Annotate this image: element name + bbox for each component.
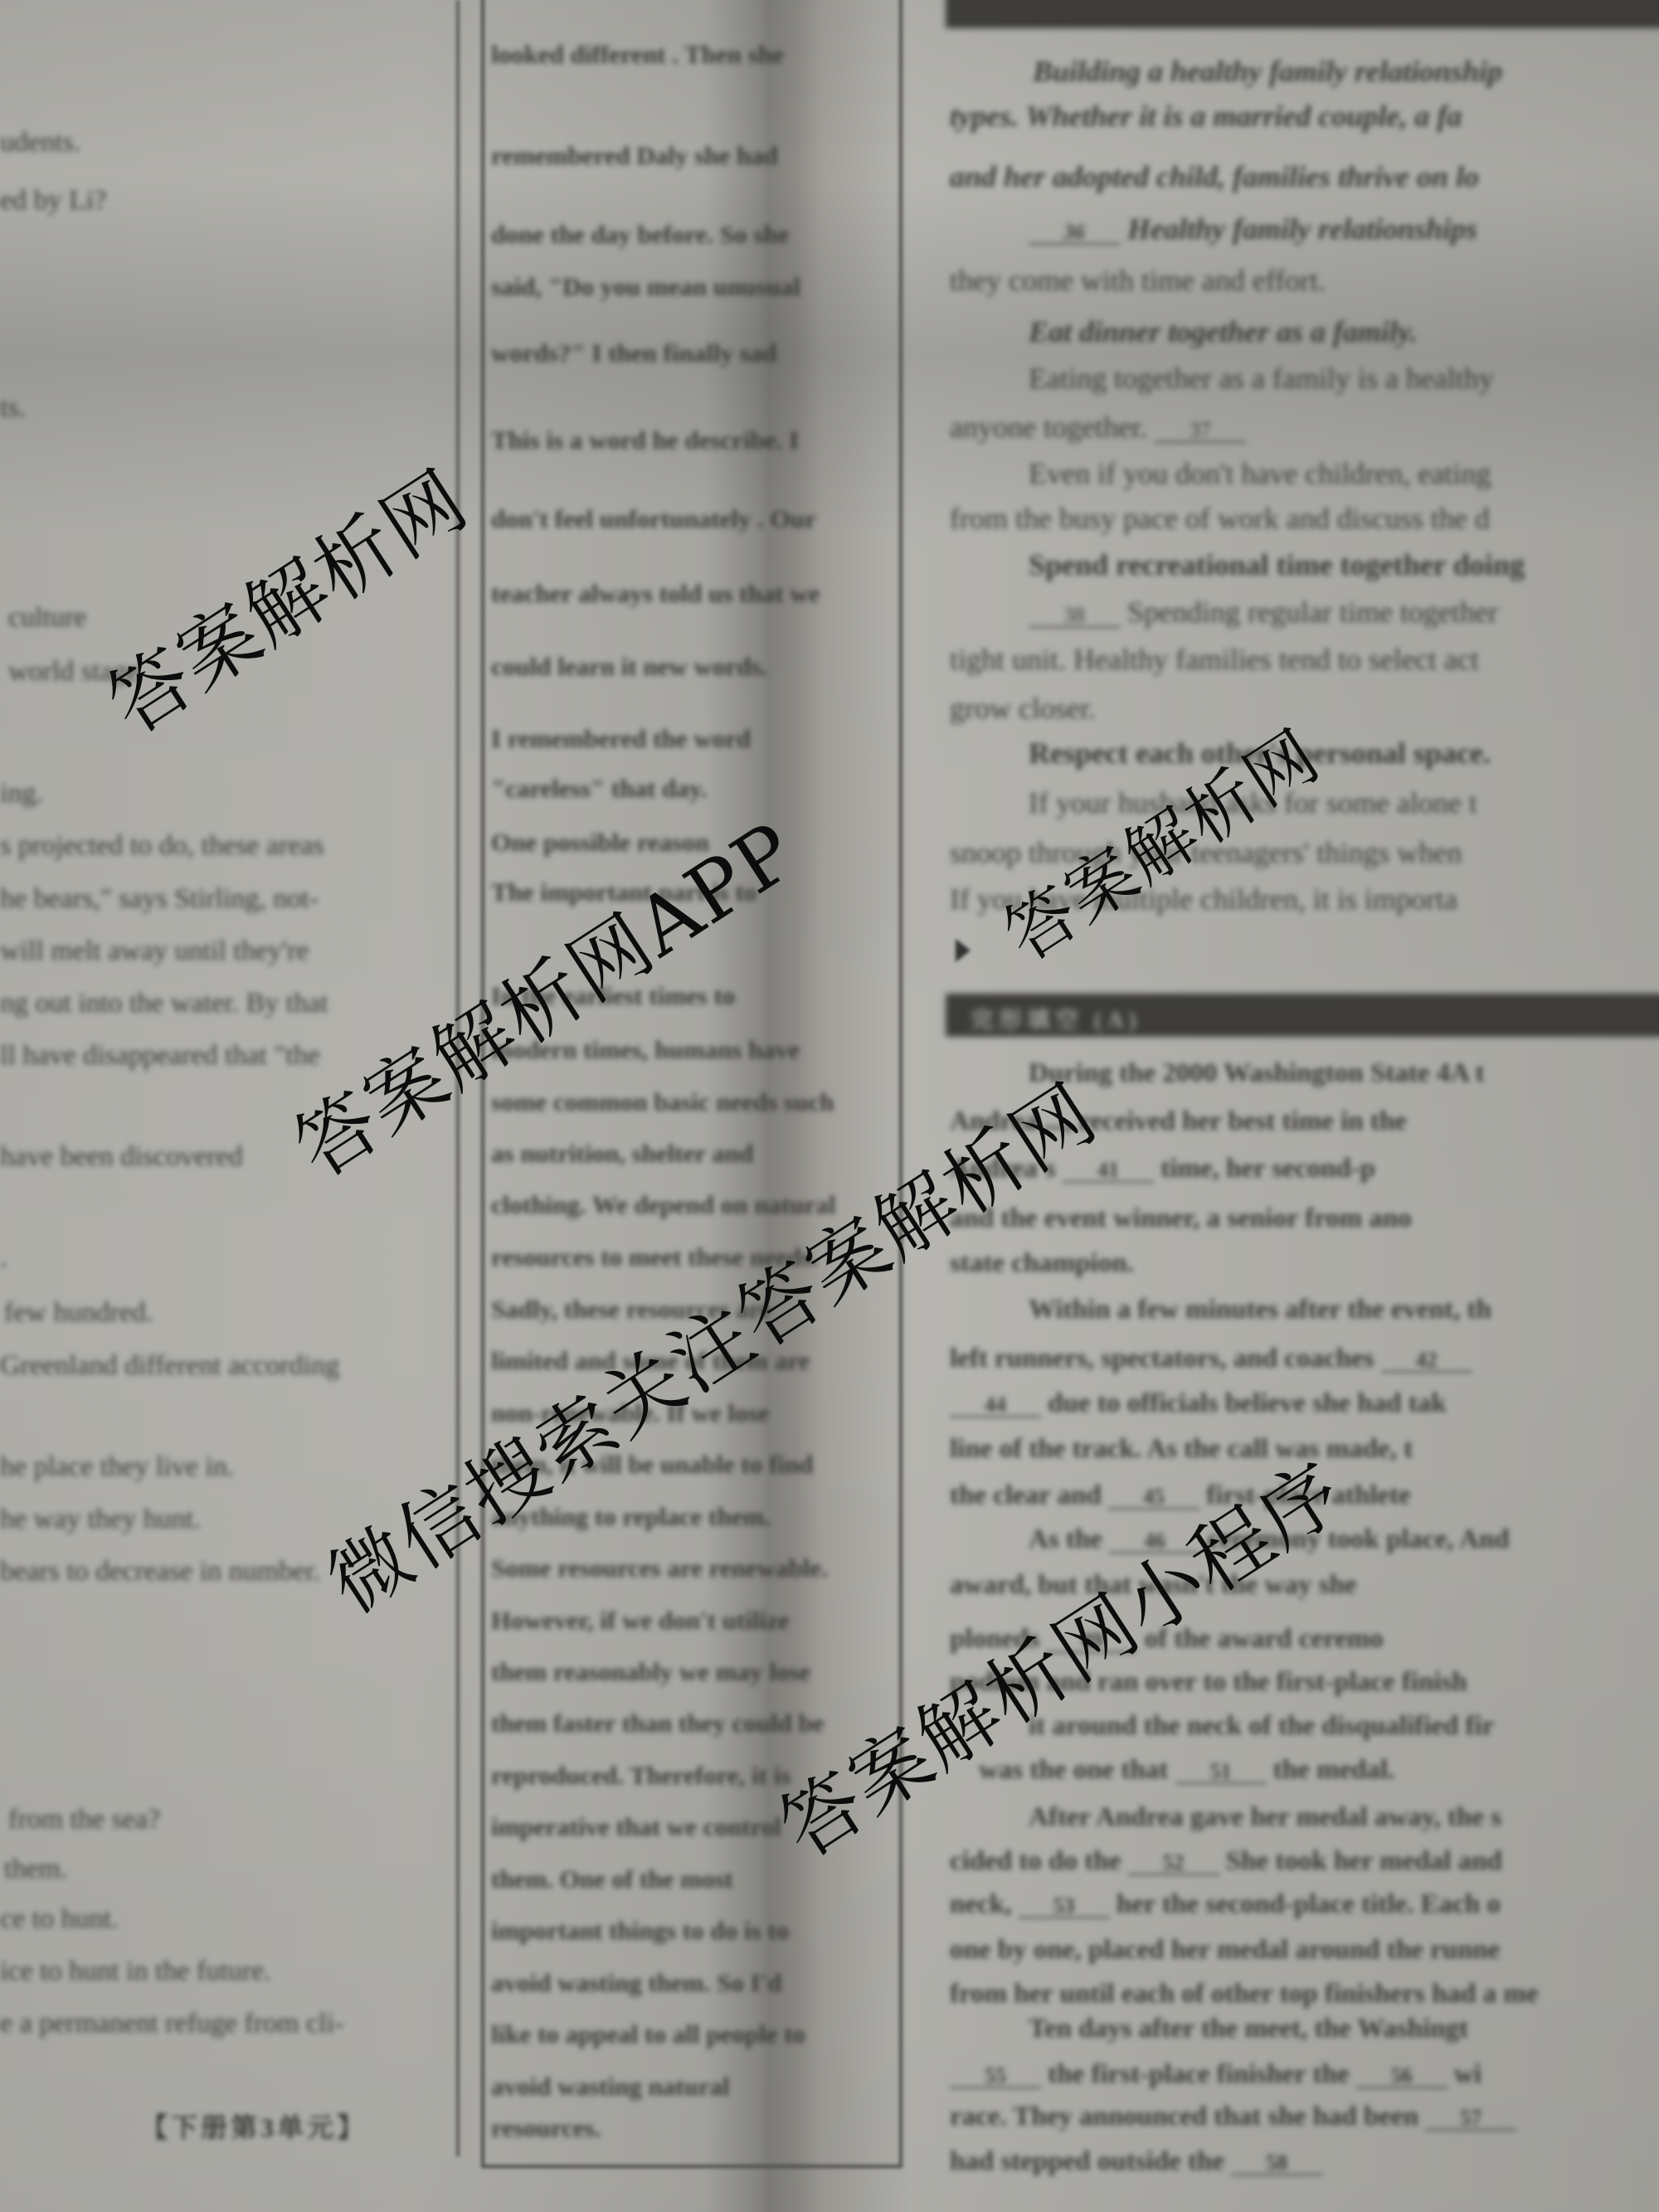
- text-line: resources.: [491, 2115, 601, 2141]
- text-line: don't feel unfortunately . Our: [491, 506, 816, 532]
- text-line: However, if we don't utilize: [491, 1607, 790, 1633]
- text-line: like to appeal to all people to: [491, 2021, 805, 2047]
- text-line: he place they live in.: [0, 1453, 234, 1481]
- text-line: culture: [8, 604, 86, 632]
- text-line: cided to do the 52 She took her medal an…: [950, 1848, 1502, 1875]
- text-line: line of the track. As the call was made,…: [950, 1436, 1413, 1463]
- text-line: from her until each of other top finishe…: [950, 1981, 1538, 2008]
- text-line: have been discovered: [0, 1143, 243, 1171]
- text-line: them. One of the most: [491, 1866, 733, 1892]
- text-line: state champion.: [950, 1250, 1134, 1277]
- page-footer: 【下册第3单元】: [141, 2107, 367, 2145]
- answer-blank[interactable]: 58: [1231, 2152, 1322, 2176]
- text-line: 44 due to officials believe she had tak: [950, 1390, 1447, 1417]
- text-line: race. They announced that she had been 5…: [950, 2103, 1516, 2131]
- text-line: as nutrition, shelter and: [491, 1140, 753, 1166]
- text-line: ing.: [0, 780, 43, 808]
- answer-blank[interactable]: 53: [1019, 1895, 1110, 1918]
- text-line: During the 2000 Washington State 4A t: [1029, 1060, 1484, 1087]
- text-line: "careless" that day.: [491, 775, 707, 801]
- text-line: 55 the first-place finisher the 56 wi: [950, 2061, 1481, 2088]
- text-line: he way they hunt.: [0, 1505, 201, 1534]
- text-line: ts.: [0, 394, 26, 422]
- text-line: he bears," says Stirling, not-: [0, 885, 319, 913]
- text-line: remembered Daly she had: [491, 143, 778, 168]
- text-line: them reasonably we may lose: [491, 1659, 810, 1685]
- text-line: I remembered the word: [491, 726, 751, 751]
- text-line: left runners, spectators, and coaches 42: [950, 1345, 1472, 1373]
- text-line: looked different . Then she: [491, 41, 784, 67]
- text-line: could learn it new words.: [491, 654, 767, 679]
- text-line: few hundred.: [4, 1299, 153, 1327]
- answer-blank[interactable]: 42: [1381, 1349, 1472, 1373]
- text-line: will melt away until they're: [0, 937, 309, 965]
- text-line: avoid wasting natural: [491, 2073, 730, 2099]
- text-line: ce to hunt.: [0, 1905, 119, 1933]
- answer-blank[interactable]: 51: [1175, 1761, 1267, 1784]
- text-line: avoid wasting them. So I'd: [491, 1970, 782, 1996]
- answer-blank[interactable]: 57: [1425, 2107, 1516, 2131]
- text-line: them.: [4, 1855, 67, 1884]
- text-line: neck, 53 her the second-place title. Eac…: [950, 1891, 1501, 1918]
- answer-blank[interactable]: 44: [950, 1394, 1041, 1417]
- text-line: one by one, placed her medal around the …: [950, 1937, 1500, 1964]
- text-line: Greenland different according: [0, 1352, 339, 1380]
- text-line: was the one that 51 the medal.: [979, 1757, 1394, 1784]
- text-line: ll have disappeared that "the: [0, 1042, 320, 1070]
- text-line: done the day before. So she: [491, 221, 789, 247]
- text-line: from the sea?: [8, 1806, 160, 1834]
- text-line: ed by Li?: [0, 187, 106, 215]
- text-line: clothing. We depend on natural: [491, 1192, 835, 1218]
- answer-blank[interactable]: 56: [1356, 2065, 1447, 2088]
- answer-blank[interactable]: 52: [1128, 1852, 1219, 1875]
- text-line: important things to do is to: [491, 1918, 789, 1943]
- text-line: it around the neck of the disqualified f…: [1029, 1713, 1494, 1740]
- text-line: words?" I then finally sad: [491, 340, 777, 366]
- text-line: s projected to do, these areas: [0, 832, 324, 860]
- text-line: Within a few minutes after the event, th: [1029, 1296, 1491, 1324]
- text-line: had stepped outside the 58: [950, 2148, 1322, 2176]
- text-line: e a permanent refuge from cli-: [0, 2010, 343, 2038]
- text-line: Ten days after the meet, the Washingt: [1029, 2015, 1468, 2043]
- text-line: bears to decrease in number.: [0, 1558, 320, 1586]
- text-line: .: [0, 1244, 7, 1272]
- text-line: After Andrea gave her medal away, the s: [1029, 1804, 1501, 1831]
- text-line: ice to hunt in the future.: [0, 1957, 271, 1986]
- text-line: teacher always told us that we: [491, 581, 820, 606]
- text-line: said, "Do you mean unusual: [491, 274, 800, 299]
- text-line: Some resources are renewable.: [491, 1555, 828, 1581]
- text-line: udents.: [0, 129, 80, 157]
- text-line: This is a word he describe. I: [491, 427, 799, 453]
- text-line: imperative that we control: [491, 1814, 781, 1840]
- answer-blank[interactable]: 55: [950, 2065, 1041, 2088]
- text-line: them faster than they could be: [491, 1710, 825, 1736]
- text-line: some common basic needs such: [491, 1089, 834, 1115]
- text-line: ng out into the water. By that: [0, 989, 328, 1018]
- text-line: reproduced. Therefore, it is: [491, 1762, 791, 1788]
